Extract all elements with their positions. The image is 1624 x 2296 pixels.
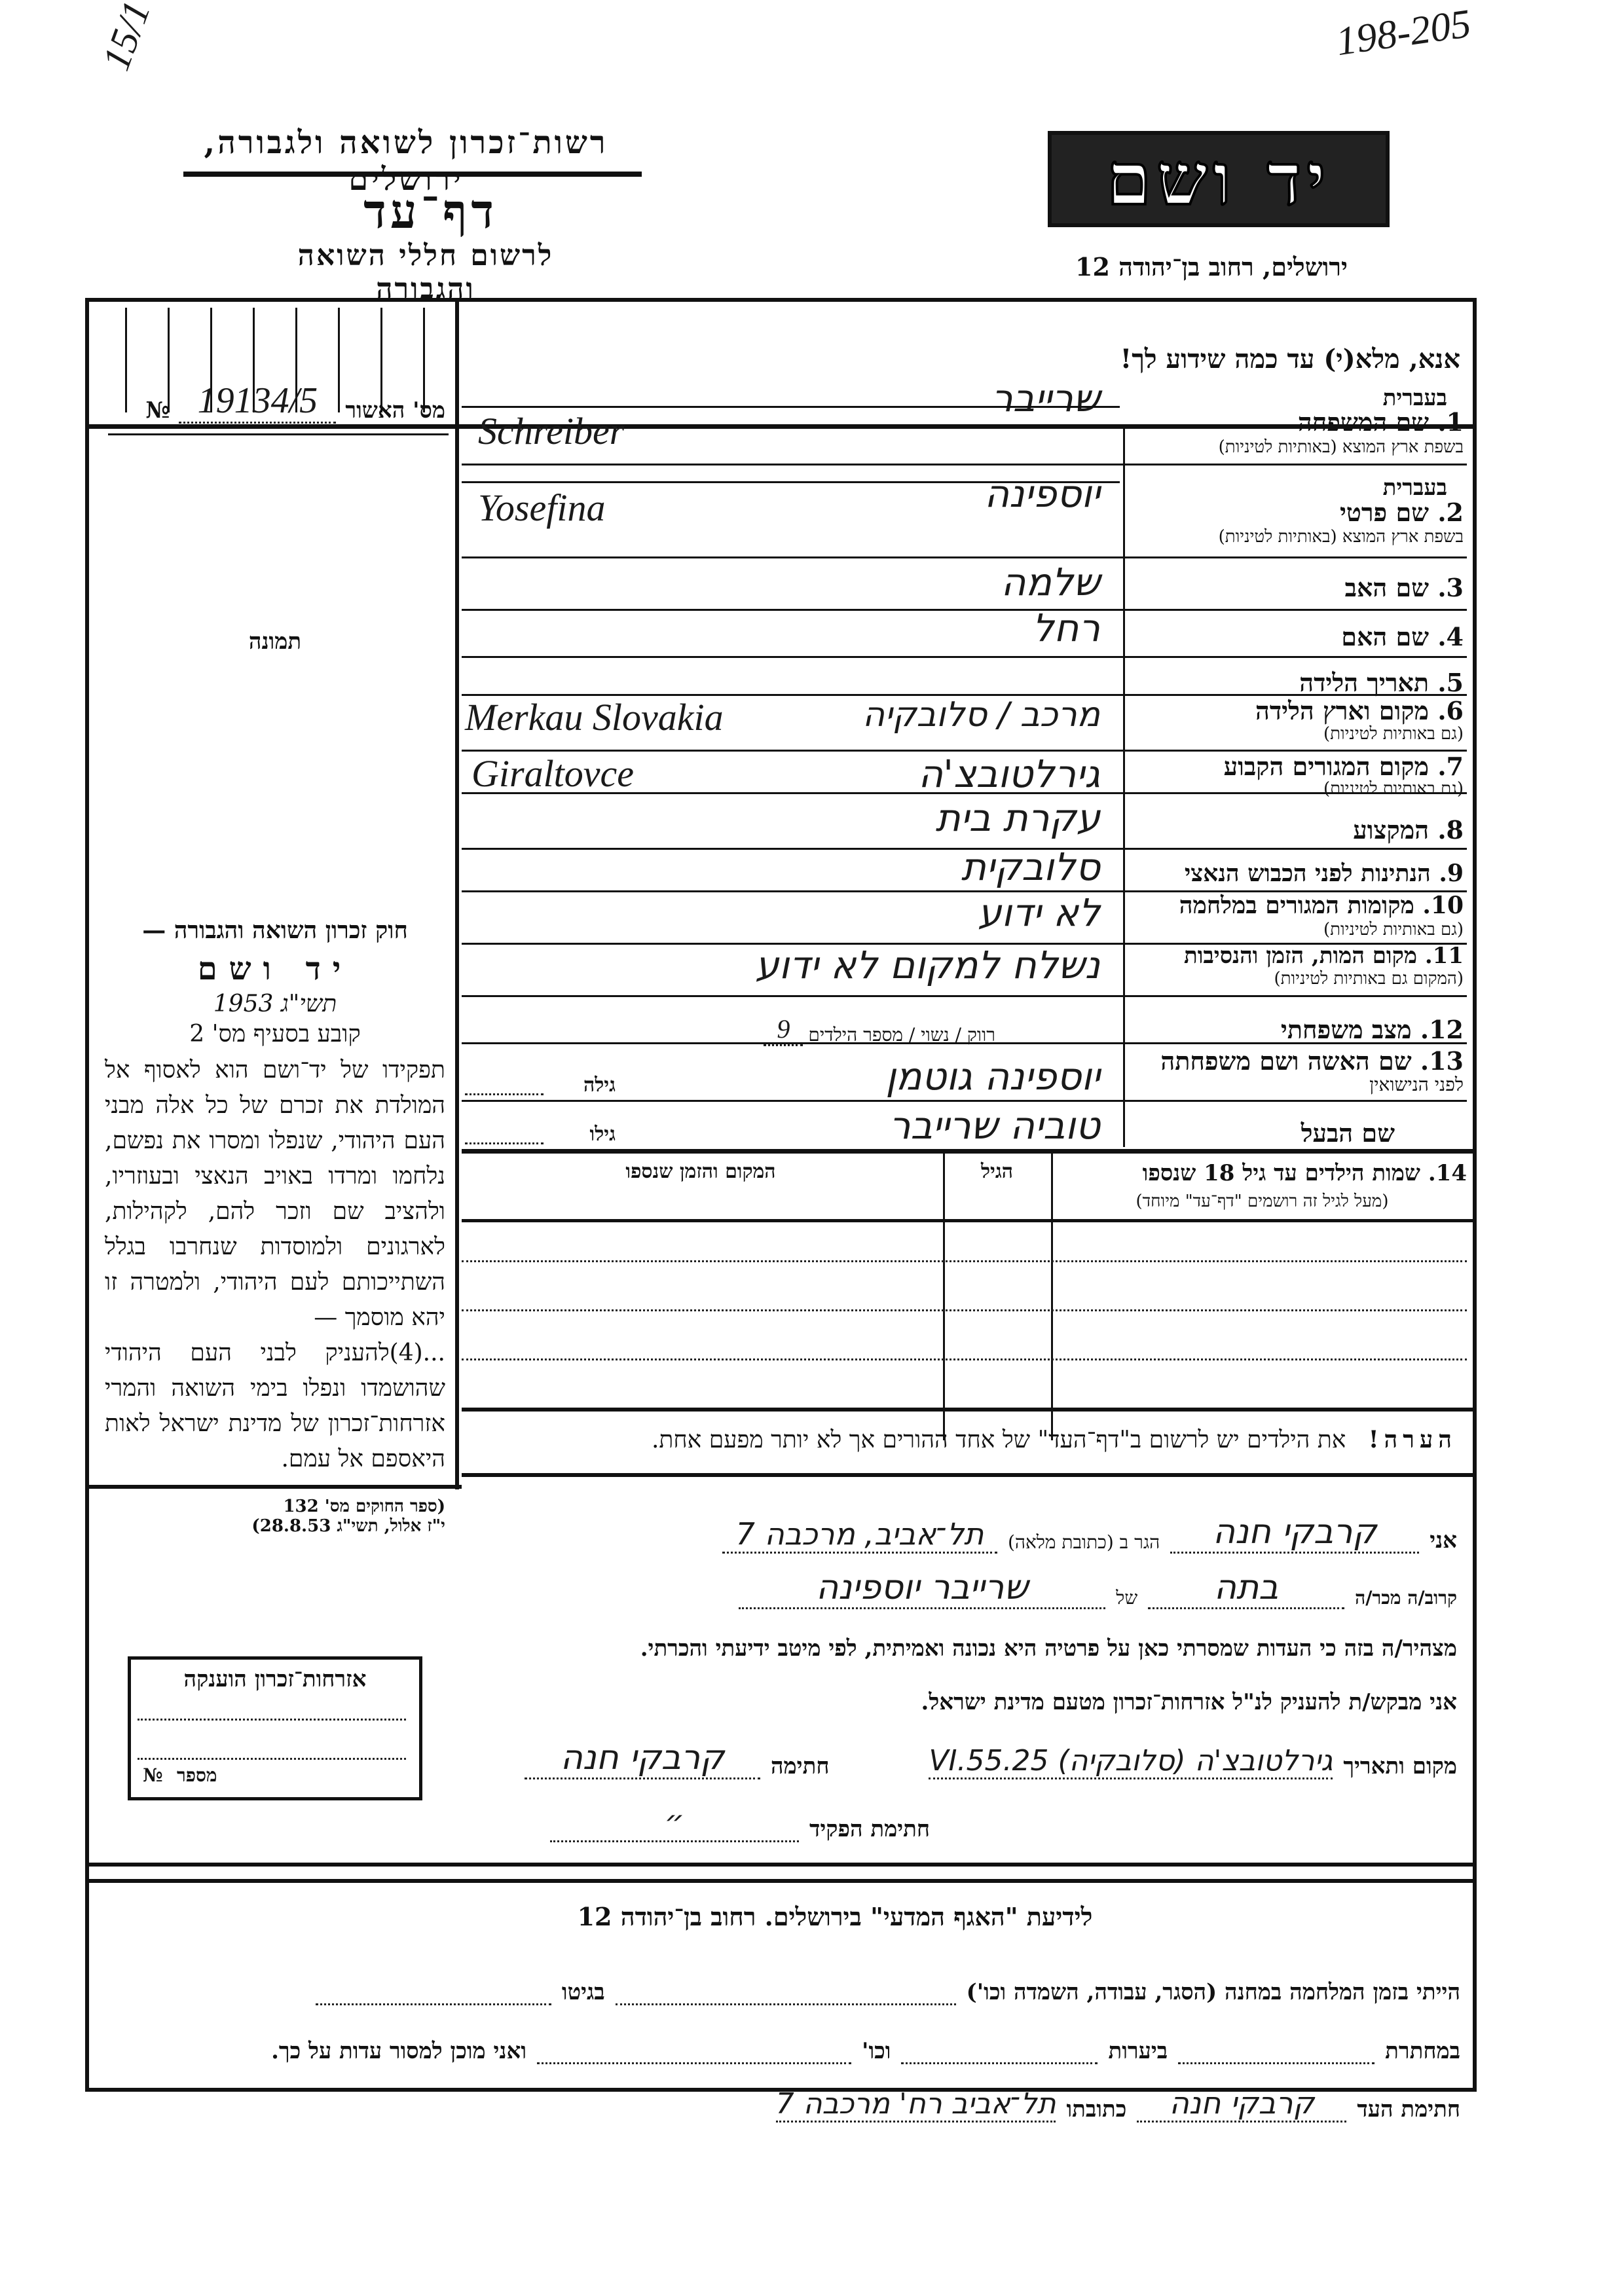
field-number: 8. [1437,815,1464,845]
field-number: 9. [1439,860,1464,887]
field-11-label: 11. מקום המות, הזמן והנסיבות [1126,943,1464,969]
divider [462,1042,1467,1044]
field-number: 12. [1420,1015,1464,1044]
field-13-label: 13. שם האשה ושם משפחתה [1133,1046,1464,1076]
wife-name-value[interactable]: יוספינה גוטמן [655,1054,1100,1099]
husband-label: שם הבעל [1133,1118,1395,1148]
divider [462,481,1120,483]
field-1-label: 1. שם המשפחה [1133,407,1464,437]
official-signature-value[interactable]: ״ [550,1804,799,1842]
ghetto-label: בגיטו [562,1979,605,2005]
divider [462,1219,1477,1222]
law-citation-2: י"ז אלול, תשי"ג 28.8.53) [105,1516,445,1536]
relative-label: קרוב/ה מכר/ה [1355,1587,1457,1609]
law-year: תשי"ג 1953 [105,990,445,1017]
marital-status-row: רווק / נשוי / מספר הילדים 9 [655,1013,995,1046]
field-label: שם האב [1345,573,1429,602]
wartime-residence-value[interactable]: לא ידוע [471,890,1100,935]
declaration-row-sign: מקום ותאריך גירלטובצ'ה (סלובקיה) 25.VI.5… [471,1738,1457,1779]
ghetto-field[interactable] [316,1977,551,2005]
law-name: יד ושם [105,951,445,987]
field-label: מקום המות, הזמן והנסיבות [1184,943,1417,969]
place-date-label: מקום ותאריך [1343,1753,1457,1779]
of-label: של [1116,1587,1137,1609]
field-label: שמות הילדים עד גיל 18 שנספו [1143,1160,1420,1186]
field-label: מצב משפחתי [1281,1015,1412,1044]
etc-field[interactable] [537,2036,851,2064]
children-label: 14. שמות הילדים עד גיל 18 שנספו [1058,1160,1467,1186]
witness-signature-label: חתימת העד [1357,2096,1460,2123]
official-signature-label: חתימת הפקיד [809,1816,930,1842]
firstname-latin-value[interactable]: Yosefina [478,486,1067,530]
field-number: 1. [1437,407,1464,437]
residence-latin-value[interactable]: Giraltovce [471,752,864,795]
field-10-sublabel: (גם באותיות לטיניות) [1126,920,1464,939]
witness-signature-value[interactable]: קרבקי חנה [1137,2085,1346,2123]
etc-label: וכו' [862,2038,891,2064]
children-col-divider [943,1152,945,1440]
underground-label: במחתרת [1385,2038,1460,2064]
bottom-row-1: הייתי בזמן המלחמה במחנה (הסגר, עבודה, הש… [105,1977,1460,2005]
law-clause: קובע בסעיף מס' 2 [105,1020,445,1048]
law-box: חוק זכרון השואה והגבורה — יד ושם תשי"ג 1… [105,917,445,1536]
field-number: 6. [1437,696,1464,725]
approval-number-row: מס' האשור 19134/5 № [105,380,445,424]
mother-name-value[interactable]: רחל [471,606,1100,650]
children-count-value[interactable]: 9 [764,1013,803,1046]
divider [462,1100,1467,1102]
field-number: 7. [1437,752,1464,781]
field-6-sublabel: (גם באותיות לטיניות) [1126,724,1464,744]
left-column-divider [455,1162,459,1489]
header-address: ירושלים, רחוב בן־יהודה 12 [1035,252,1388,282]
field-number: 13. [1420,1046,1464,1076]
testimony-willing-label: ואני מוכן למסור עדות על כך. [271,2038,526,2064]
divider [462,792,1467,794]
child-row-2[interactable] [462,1309,1467,1311]
surname-latin-value[interactable]: Schreiber [478,409,1067,453]
approval-number-value[interactable]: 19134/5 [179,380,336,424]
father-name-value[interactable]: שלמה [471,560,1100,604]
divider [462,406,1120,408]
declaration-row-2: קרוב/ה מכר/ה בתה של שרייבר יוספינה [471,1568,1457,1609]
child-row-3[interactable] [462,1358,1467,1360]
forests-label: ביערות [1108,2038,1168,2064]
law-citation-1: (ספר החוקים מס' 132 [105,1497,445,1516]
number-sign: № [145,397,170,424]
children-place-header: המקום והזמן שנספו [471,1160,930,1183]
citizenship-title: אזרחות־זכרון הוענקה [131,1666,419,1692]
field-number: 3. [1437,573,1464,602]
field-4-label: 4. שם האם [1133,622,1464,652]
divider [85,1485,462,1489]
signature-label: חתימה [771,1753,829,1779]
signature-value[interactable]: קרבקי חנה [525,1738,760,1779]
children-sublabel: (מעל לגיל זה רושמים "דף־עד" מיוחד) [1058,1192,1467,1211]
bottom-row-2: במחתרת ביערות וכו' ואני מוכן למסור עדות … [105,2036,1460,2064]
divider [85,1863,1477,1867]
divider [462,656,1467,658]
divider [462,995,1467,997]
citizenship-box: אזרחות־זכרון הוענקה № מספר [128,1656,422,1800]
children-age-header: הגיל [946,1160,1048,1183]
law-title: חוק זכרון השואה והגבורה — [105,917,445,944]
husband-age-field[interactable] [465,1142,544,1144]
victim-name-value[interactable]: שרייבר יוספינה [739,1568,1105,1609]
header-rule [183,172,642,177]
field-number: 10. [1422,892,1464,919]
note-row: הערה! את הילדים יש לרשום ב"דף־העד" של אח… [471,1426,1457,1453]
witness-address-value[interactable]: תל־אביב, מרכבה 7 [722,1516,997,1554]
field-number: 2. [1437,498,1464,527]
citizenship-number-field[interactable] [138,1758,406,1760]
field-3-label: 3. שם האב [1133,573,1464,603]
photo-label: תמונה [105,629,445,655]
camp-field[interactable] [616,1977,956,2005]
divider [462,464,1467,465]
declaration-row-1: אני קרבקי חנה הגר ב (כתובת מלאה) תל־אביב… [471,1512,1457,1554]
citizenship-request: אני מבקש/ת להעניק לנ"ל אזרחות־זכרון מטעם… [471,1689,1457,1715]
nationality-value[interactable]: סלובקית [471,845,1100,889]
instruction-text: אנא, מלא(י) עד כמה שידוע לך! [485,344,1460,374]
witness-address-bottom-value[interactable]: תל־אביב רח' מרכבה 7 [776,2087,1056,2123]
yad-vashem-logo: יד ושם [1048,131,1390,227]
margin-note: 15/1 [94,0,160,76]
field-number: 14. [1428,1160,1467,1186]
field-2-label: 2. שם פרטי [1133,498,1464,528]
relation-value[interactable]: בתה [1148,1568,1344,1609]
field-label: מקומות המגורים במלחמה [1179,892,1414,919]
field-number: 4. [1437,622,1464,651]
field-label: מקום וארץ הלידה [1255,696,1429,725]
forests-field[interactable] [901,2036,1098,2064]
field-label: הנתינות לפני הכבוש הנאצי [1185,860,1431,887]
divider [462,1408,1477,1412]
logo-text: יד ושם [1107,137,1331,222]
field-6-label: 6. מקום וארץ הלידה [1133,696,1464,726]
husband-age-label: גילו [550,1123,616,1146]
field-7-sublabel: (גם באותיות לטיניות) [1126,779,1464,799]
wife-age-label: גילה [550,1074,616,1097]
field-label: שם האשה ושם משפחתה [1160,1046,1411,1076]
field-12-label: 12. מצב משפחתי [1133,1015,1464,1045]
place-date-value[interactable]: גירלטובצ'ה (סלובקיה) 25.VI.55 [929,1744,1333,1779]
label-column-divider [1123,427,1125,1147]
bottom-row-3: חתימת העד קרבקי חנה כתובתו תל־אביב רח' מ… [105,2085,1460,2123]
field-number: 5. [1437,668,1464,697]
witness-address-label: כתובתו [1066,2096,1126,2123]
wife-age-field[interactable] [465,1093,544,1095]
divider [108,433,449,435]
declaration-statement: מצהיר/ה בזה כי העדות שמסרתי כאן על פרטיה… [471,1635,1457,1662]
law-body-2: ...(4)להעניק לבני העם היהודי שהושמדו ונפ… [105,1336,445,1477]
child-row-1[interactable] [462,1260,1467,1262]
citizenship-number-label: מספר [177,1764,217,1787]
field-1-sublabel: בשפת ארץ המוצא (באותיות לטיניות) [1126,437,1464,457]
divider [462,1473,1477,1477]
camp-label: הייתי בזמן המלחמה במחנה (הסגר, עבודה, הש… [967,1979,1460,2005]
bottom-title: לידיעת "האגף המדעי" בירושלים. רחוב בן־יה… [458,1902,1211,1932]
field-7-label: 7. מקום המגורים הקבוע [1133,752,1464,782]
approval-number-label: מס' האשור [345,397,445,424]
field-10-label: 10. מקומות המגורים במלחמה [1126,892,1464,919]
resident-label: הגר ב (כתובת מלאה) [1008,1531,1160,1554]
birthplace-latin-value[interactable]: Merkau Slovakia [465,695,923,739]
field-label: שם האם [1341,622,1429,651]
citizenship-field[interactable] [138,1719,406,1721]
form-subtitle: לרשום חללי השואה והגבורה [249,239,602,306]
field-13-sublabel: לפני הנישואין [1126,1074,1464,1096]
hebrew-tag: בעברית [1133,475,1447,501]
field-2-sublabel: בשפת ארץ המוצא (באותיות לטיניות) [1126,527,1464,547]
official-signature-row: חתימת הפקיד ״ [471,1804,1457,1842]
field-label: המקצוע [1353,815,1429,845]
i-label: אני [1430,1527,1457,1554]
divider [462,556,1467,558]
children-col-divider [1051,1152,1053,1440]
field-8-label: 8. המקצוע [1133,815,1464,845]
field-number: 11. [1425,943,1464,969]
note-text: את הילדים יש לרשום ב"דף־העד" של אחד ההור… [652,1427,1346,1453]
archive-number: 198-205 [1333,1,1474,65]
law-body: תפקידו של יד־ושם הוא לאסוף אל המולדת את … [105,1053,445,1336]
form-title: דף־עד [367,183,498,240]
field-label: שם פרטי [1340,498,1429,527]
death-circumstances-value[interactable]: נשלח למקום לא ידוע [471,943,1100,987]
field-11-sublabel: (המקום גם באותיות לטיניות) [1126,969,1464,989]
occupation-value[interactable]: עקרת בית [471,795,1100,840]
note-label: הערה! [1369,1426,1457,1453]
divider [85,1879,1477,1883]
witness-name-value[interactable]: קרבקי חנה [1170,1512,1419,1554]
field-9-label: 9. הנתינות לפני הכבוש הנאצי [1126,860,1464,887]
divider [462,1149,1477,1154]
field-label: שם המשפחה [1298,407,1429,437]
field-label: מקום המגורים הקבוע [1224,752,1429,781]
left-column-divider [455,298,459,1162]
underground-field[interactable] [1178,2036,1375,2064]
number-sign: № [143,1764,162,1786]
husband-name-value[interactable]: טוביה שרייבר [655,1103,1100,1148]
field-label: תאריך הלידה [1299,668,1429,697]
